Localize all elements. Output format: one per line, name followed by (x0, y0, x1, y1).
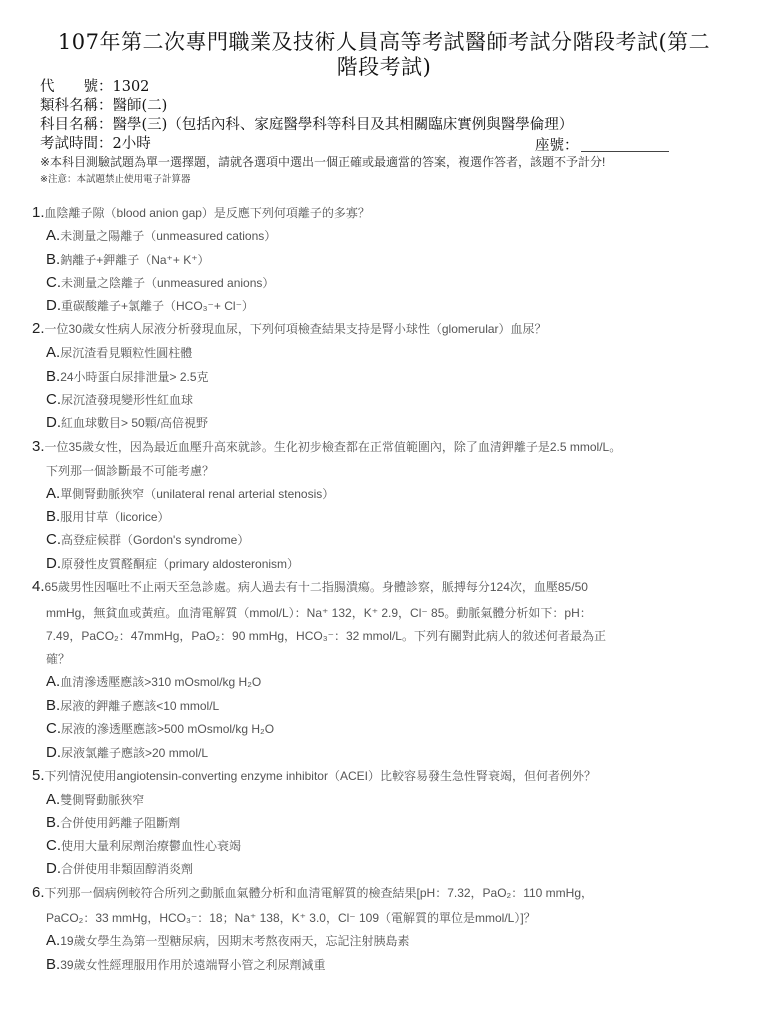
question-2: 2.一位30歲女性病人尿液分析發現血尿，下列何項檢查結果支持是腎小球性（glom… (32, 320, 547, 337)
option-letter: C. (46, 531, 61, 548)
question-stem: 下列情況使用angiotensin-converting enzyme inhi… (45, 769, 596, 783)
option-4a[interactable]: A.血清滲透壓應該>310 mOsmol/kg H₂O (46, 673, 261, 690)
option-text: 尿液的滲透壓應該>500 mOsmol/kg H₂O (61, 722, 274, 736)
option-4c[interactable]: C.尿液的滲透壓應該>500 mOsmol/kg H₂O (46, 720, 274, 737)
code-row: 代 號：1302 (40, 78, 573, 97)
option-letter: B. (46, 697, 60, 714)
question-number: 2. (32, 320, 45, 337)
option-text: 尿沉渣發現變形性紅血球 (61, 393, 193, 407)
category-value: 醫師(二) (113, 98, 168, 114)
question-3: 3.一位35歲女性，因為最近血壓升高來就診。生化初步檢查都在正常值範圍內，除了血… (32, 438, 621, 455)
option-4d[interactable]: D.尿液氯離子應該>20 mmol/L (46, 744, 208, 761)
option-text: 重碳酸離子+氯離子（HCO₃⁻+ Cl⁻） (61, 299, 254, 313)
option-letter: C. (46, 837, 61, 854)
option-letter: D. (46, 860, 61, 877)
option-text: 高登症候群（Gordon's syndrome） (61, 533, 249, 547)
option-3a[interactable]: A.單側腎動脈狹窄（unilateral renal arterial sten… (46, 485, 334, 502)
option-6b[interactable]: B.39歲女性經理服用作用於遠端腎小管之利尿劑減重 (46, 956, 326, 973)
question-number: 4. (32, 578, 45, 595)
question-6: 6.下列那一個病例較符合所列之動脈血氣體分析和血清電解質的檢查結果[pH：7.3… (32, 884, 593, 901)
option-2c[interactable]: C.尿沉渣發現變形性紅血球 (46, 391, 193, 408)
option-2b[interactable]: B.24小時蛋白尿排泄量> 2.5克 (46, 368, 209, 385)
question-stem: 一位35歲女性，因為最近血壓升高來就診。生化初步檢查都在正常值範圍內，除了血清鉀… (45, 440, 622, 454)
option-5a[interactable]: A.雙側腎動脈狹窄 (46, 791, 144, 808)
question-number: 1. (32, 204, 45, 221)
option-letter: D. (46, 555, 61, 572)
question-3-continuation: 下列那一個診斷最不可能考慮？ (46, 462, 214, 479)
option-letter: D. (46, 744, 61, 761)
question-5: 5.下列情況使用angiotensin-converting enzyme in… (32, 767, 596, 784)
option-text: 雙側腎動脈狹窄 (60, 793, 144, 807)
seat-number-field[interactable] (581, 138, 669, 152)
question-number: 3. (32, 438, 45, 455)
category-label: 類科名稱： (40, 97, 113, 116)
option-text: 血清滲透壓應該>310 mOsmol/kg H₂O (60, 675, 261, 689)
option-letter: A. (46, 485, 60, 502)
option-1d[interactable]: D.重碳酸離子+氯離子（HCO₃⁻+ Cl⁻） (46, 297, 254, 314)
option-1c[interactable]: C.未測量之陰離子（unmeasured anions） (46, 274, 274, 291)
option-2a[interactable]: A.尿沉渣看見顆粒性圓柱體 (46, 344, 192, 361)
question-number: 5. (32, 767, 45, 784)
question-6-continuation: PaCO₂：33 mmHg，HCO₃⁻：18；Na⁺ 138，K⁺ 3.0，Cl… (46, 909, 536, 926)
single-choice-note: ※本科目測驗試題為單一選擇題，請就各選項中選出一個正確或最適當的答案，複選作答者… (40, 153, 605, 170)
option-letter: D. (46, 414, 61, 431)
calculator-note: ※注意：本試題禁止使用電子計算器 (40, 171, 190, 185)
seat-label: 座號： (535, 138, 579, 154)
question-4-continuation-2: 7.49，PaCO₂：47mmHg，PaO₂：90 mmHg，HCO₃⁻：32 … (46, 627, 606, 644)
option-3c[interactable]: C.高登症候群（Gordon's syndrome） (46, 531, 249, 548)
option-text: 19歲女學生為第一型糖尿病，因期末考熬夜兩天，忘記注射胰島素 (60, 934, 409, 948)
option-2d[interactable]: D.紅血球數目> 50顆/高倍視野 (46, 414, 208, 431)
question-stem: 下列那一個病例較符合所列之動脈血氣體分析和血清電解質的檢查結果[pH：7.32，… (45, 886, 594, 900)
option-5c[interactable]: C.使用大量利尿劑治療鬱血性心衰竭 (46, 837, 241, 854)
question-4-continuation-1: mmHg，無貧血或黃疸。血清電解質（mmol/L）：Na⁺ 132，K⁺ 2.9… (46, 604, 592, 621)
option-3d[interactable]: D.原發性皮質醛酮症（primary aldosteronism） (46, 555, 299, 572)
time-value: 2小時 (113, 136, 151, 152)
option-1b[interactable]: B.鈉離子+鉀離子（Na⁺+ K⁺） (46, 251, 210, 268)
option-text: 服用甘草（licorice） (60, 510, 169, 524)
option-text: 合併使用鈣離子阻斷劑 (60, 816, 180, 830)
option-letter: D. (46, 297, 61, 314)
option-letter: B. (46, 814, 60, 831)
option-letter: A. (46, 227, 60, 244)
option-text: 鈉離子+鉀離子（Na⁺+ K⁺） (60, 253, 209, 267)
option-text: 合併使用非類固醇消炎劑 (61, 862, 193, 876)
title-line-2: 階段考試) (20, 55, 748, 80)
question-stem: 一位30歲女性病人尿液分析發現血尿，下列何項檢查結果支持是腎小球性（glomer… (45, 322, 547, 336)
option-6a[interactable]: A.19歲女學生為第一型糖尿病，因期末考熬夜兩天，忘記注射胰島素 (46, 932, 410, 949)
question-number: 6. (32, 884, 45, 901)
option-text: 尿液的鉀離子應該<10 mmol/L (60, 699, 219, 713)
time-label: 考試時間： (40, 135, 113, 154)
option-letter: A. (46, 932, 60, 949)
option-letter: A. (46, 344, 60, 361)
seat-number: 座號： (535, 134, 669, 155)
code-value: 1302 (113, 79, 150, 95)
option-3b[interactable]: B.服用甘草（licorice） (46, 508, 170, 525)
option-5b[interactable]: B.合併使用鈣離子阻斷劑 (46, 814, 180, 831)
option-1a[interactable]: A.未測量之陽離子（unmeasured cations） (46, 227, 276, 244)
option-letter: B. (46, 956, 60, 973)
option-text: 紅血球數目> 50顆/高倍視野 (61, 416, 208, 430)
option-letter: C. (46, 391, 61, 408)
option-letter: C. (46, 274, 61, 291)
option-letter: C. (46, 720, 61, 737)
time-row: 考試時間：2小時 (40, 135, 573, 154)
exam-title: 107年第二次專門職業及技術人員高等考試醫師考試分階段考試(第二 階段考試) (20, 30, 748, 80)
option-letter: B. (46, 251, 60, 268)
option-text: 單側腎動脈狹窄（unilateral renal arterial stenos… (60, 487, 334, 501)
option-text: 尿沉渣看見顆粒性圓柱體 (60, 346, 192, 360)
option-text: 24小時蛋白尿排泄量> 2.5克 (60, 370, 208, 384)
option-text: 使用大量利尿劑治療鬱血性心衰竭 (61, 839, 241, 853)
question-1: 1.血陰離子隙（blood anion gap）是反應下列何項離子的多寡？ (32, 204, 370, 221)
option-letter: B. (46, 368, 60, 385)
subject-label: 科目名稱： (40, 116, 113, 135)
question-4-continuation-3: 確？ (46, 650, 70, 667)
code-label: 代 號： (40, 78, 113, 97)
question-4: 4.65歲男性因嘔吐不止兩天至急診處。病人過去有十二指腸潰瘍。身體診察，脈搏每分… (32, 578, 588, 595)
exam-meta: 代 號：1302 類科名稱：醫師(二) 科目名稱：醫學(三)（包括內科、家庭醫學… (40, 78, 573, 154)
option-text: 未測量之陰離子（unmeasured anions） (61, 276, 274, 290)
subject-row: 科目名稱：醫學(三)（包括內科、家庭醫學科等科目及其相關臨床實例與醫學倫理） (40, 116, 573, 135)
question-stem: 65歲男性因嘔吐不止兩天至急診處。病人過去有十二指腸潰瘍。身體診察，脈搏每分12… (45, 580, 588, 594)
option-text: 未測量之陽離子（unmeasured cations） (60, 229, 276, 243)
title-line-1: 107年第二次專門職業及技術人員高等考試醫師考試分階段考試(第二 (20, 30, 748, 55)
option-letter: A. (46, 791, 60, 808)
option-text: 原發性皮質醛酮症（primary aldosteronism） (61, 557, 299, 571)
option-text: 39歲女性經理服用作用於遠端腎小管之利尿劑減重 (60, 958, 325, 972)
option-text: 尿液氯離子應該>20 mmol/L (61, 746, 208, 760)
option-4b[interactable]: B.尿液的鉀離子應該<10 mmol/L (46, 697, 219, 714)
subject-value: 醫學(三)（包括內科、家庭醫學科等科目及其相關臨床實例與醫學倫理） (113, 117, 574, 133)
category-row: 類科名稱：醫師(二) (40, 97, 573, 116)
option-letter: A. (46, 673, 60, 690)
question-stem: 血陰離子隙（blood anion gap）是反應下列何項離子的多寡？ (45, 206, 370, 220)
option-5d[interactable]: D.合併使用非類固醇消炎劑 (46, 860, 193, 877)
option-letter: B. (46, 508, 60, 525)
